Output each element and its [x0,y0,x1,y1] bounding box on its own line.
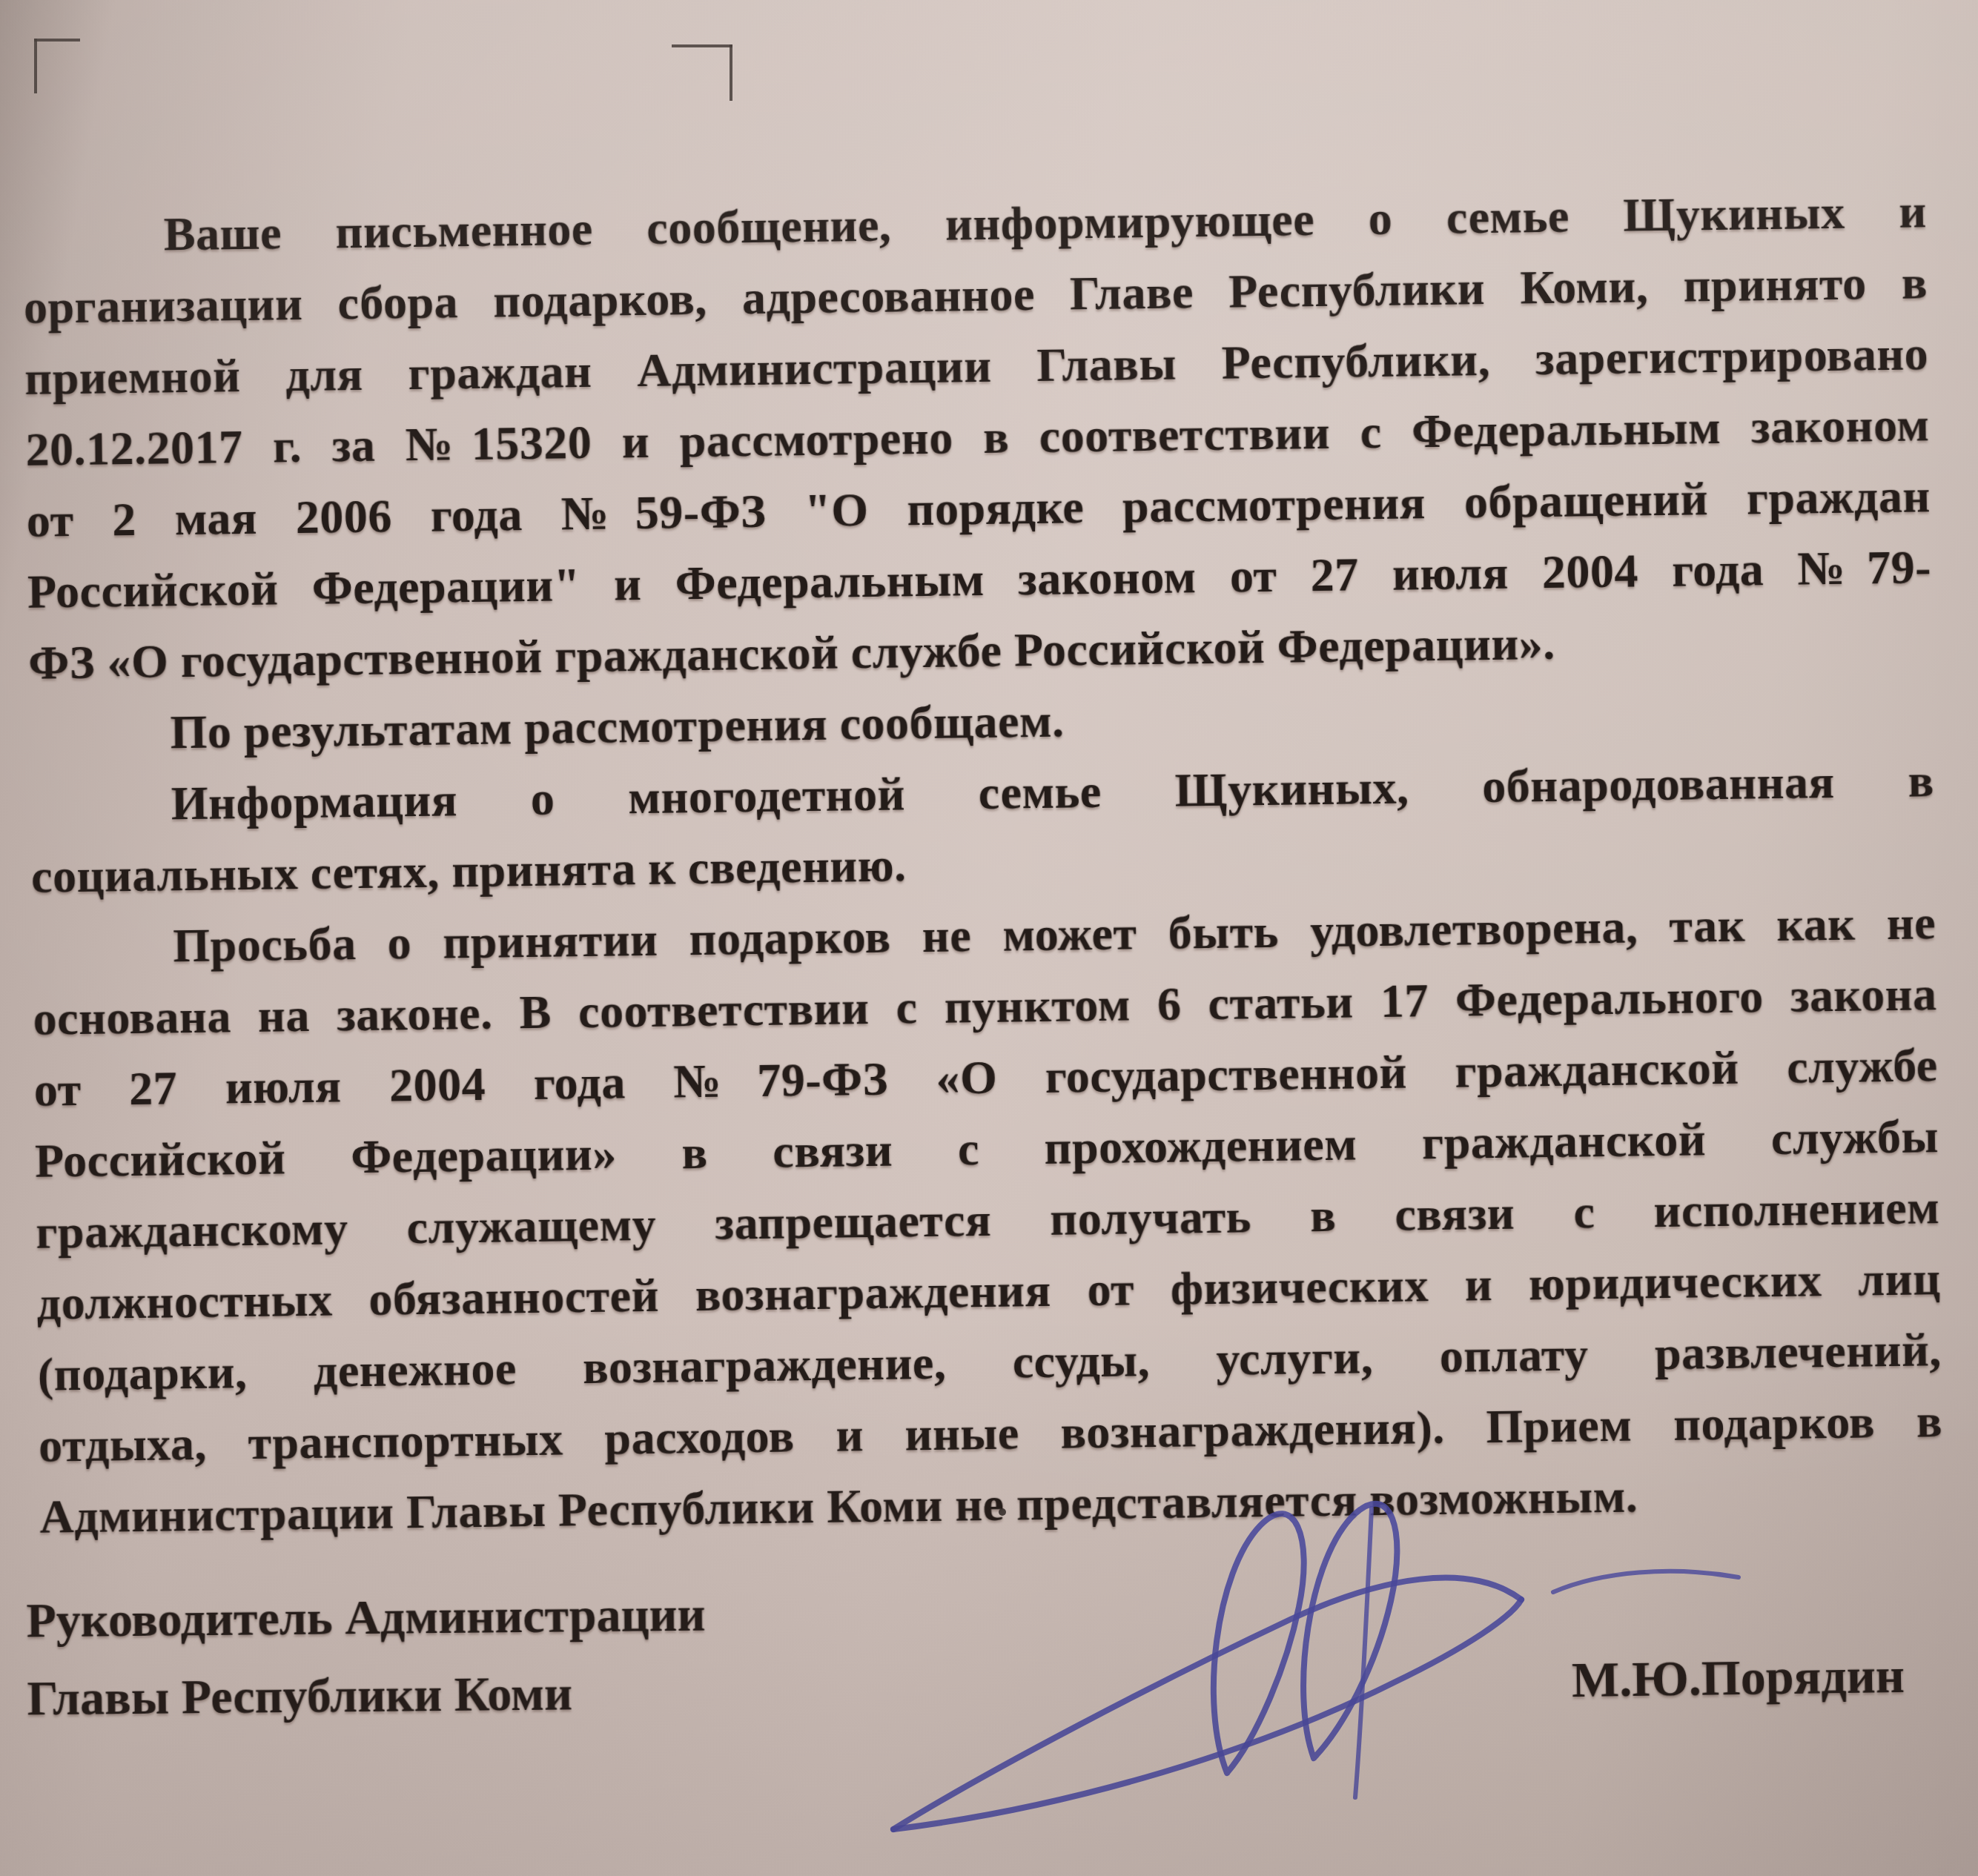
signer-name: М.Ю.Порядин [1571,1642,1905,1713]
letter-body: Ваше письменное сообщение, информирующее… [22,176,1944,1552]
crop-mark-right-icon [730,44,732,101]
crop-mark-left-icon [34,39,80,42]
signer-title-block: Руководитель Администрации Главы Республ… [26,1576,707,1738]
crop-mark-left-icon [34,39,37,93]
signer-title-line-2: Главы Республики Коми [27,1654,707,1738]
crop-mark-right-icon [672,44,732,47]
signer-title-line-1: Руководитель Администрации [26,1576,706,1660]
letter-photo-page: Ваше письменное сообщение, информирующее… [0,0,1978,1876]
